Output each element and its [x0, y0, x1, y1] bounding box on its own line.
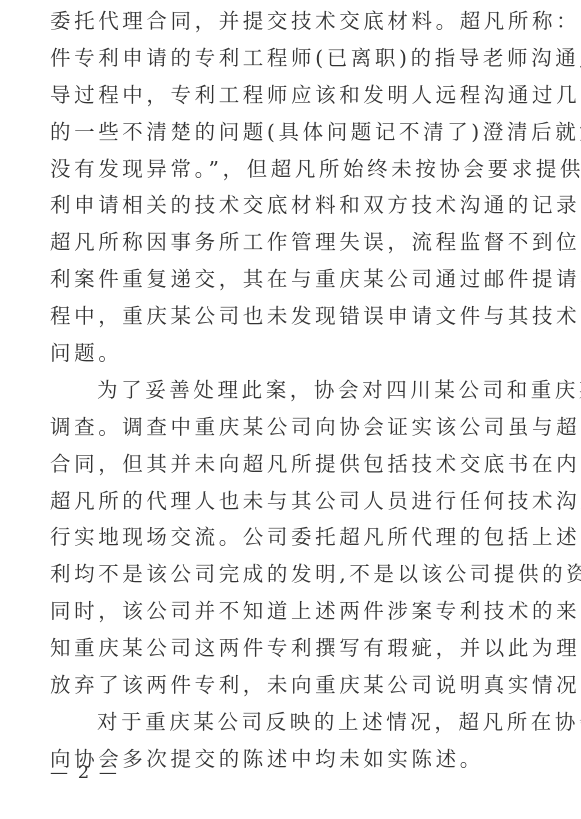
text-line: 的一些不清楚的问题(具体问题记不清了)澄清后就定稿了。核稿过程 [50, 114, 562, 151]
text-line: 放弃了该两件专利，未向重庆某公司说明真实情况。 [50, 667, 562, 704]
text-line: 利申请相关的技术交底材料和双方技术沟通的记录。在调查过程中， [50, 187, 562, 224]
text-line: 问题。 [50, 335, 562, 372]
text-line: 利均不是该公司完成的发明,不是以该公司提供的资料为基础撰写的。 [50, 556, 562, 593]
text-line: 超凡所称因事务所工作管理失误，流程监督不到位，导致以上两组专 [50, 224, 562, 261]
text-line: 知重庆某公司这两件专利撰写有瑕疵，并以此为理由劝说重庆某公司 [50, 630, 562, 667]
text-line: 向协会多次提交的陈述中均未如实陈述。 [50, 741, 562, 778]
document-page: 委托代理合同，并提交技术交底材料。超凡所称：“通过与撰写该两 件专利申请的专利工… [50, 3, 562, 778]
text-line: 调查。调查中重庆某公司向协会证实该公司虽与超凡所签署正式代理 [50, 409, 562, 446]
text-line: 件专利申请的专利工程师(已离职)的指导老师沟通,了解到:在案件指 [50, 40, 562, 77]
text-line: 导过程中，专利工程师应该和发明人远程沟通过几次，指导老师提出 [50, 77, 562, 114]
text-line: 超凡所的代理人也未与其公司人员进行任何技术沟通，也未到现场进 [50, 483, 562, 520]
paragraph-start-line: 为了妥善处理此案，协会对四川某公司和重庆某公司进行了实地 [50, 372, 562, 409]
text-line: 同时，该公司并不知道上述两件涉案专利技术的来源，超凡所后来告 [50, 593, 562, 630]
text-line: 程中，重庆某公司也未发现错误申请文件与其技术交底书内容不符的 [50, 298, 562, 335]
text-line: 行实地现场交流。公司委托超凡所代理的包括上述两件专利在内的专 [50, 519, 562, 556]
text-line: 没有发现异常。”，但超凡所始终未按协会要求提供与重庆某公司专 [50, 151, 562, 188]
text-line: 利案件重复递交，其在与重庆某公司通过邮件提请确认申请文件的过 [50, 261, 562, 298]
paragraph-start-line: 对于重庆某公司反映的上述情况，超凡所在协会约谈过程中以及 [50, 704, 562, 741]
page-number: — 2 — [50, 760, 119, 786]
text-line: 委托代理合同，并提交技术交底材料。超凡所称：“通过与撰写该两 [50, 3, 562, 40]
text-line: 合同，但其并未向超凡所提供包括技术交底书在内的任何技术资料， [50, 446, 562, 483]
